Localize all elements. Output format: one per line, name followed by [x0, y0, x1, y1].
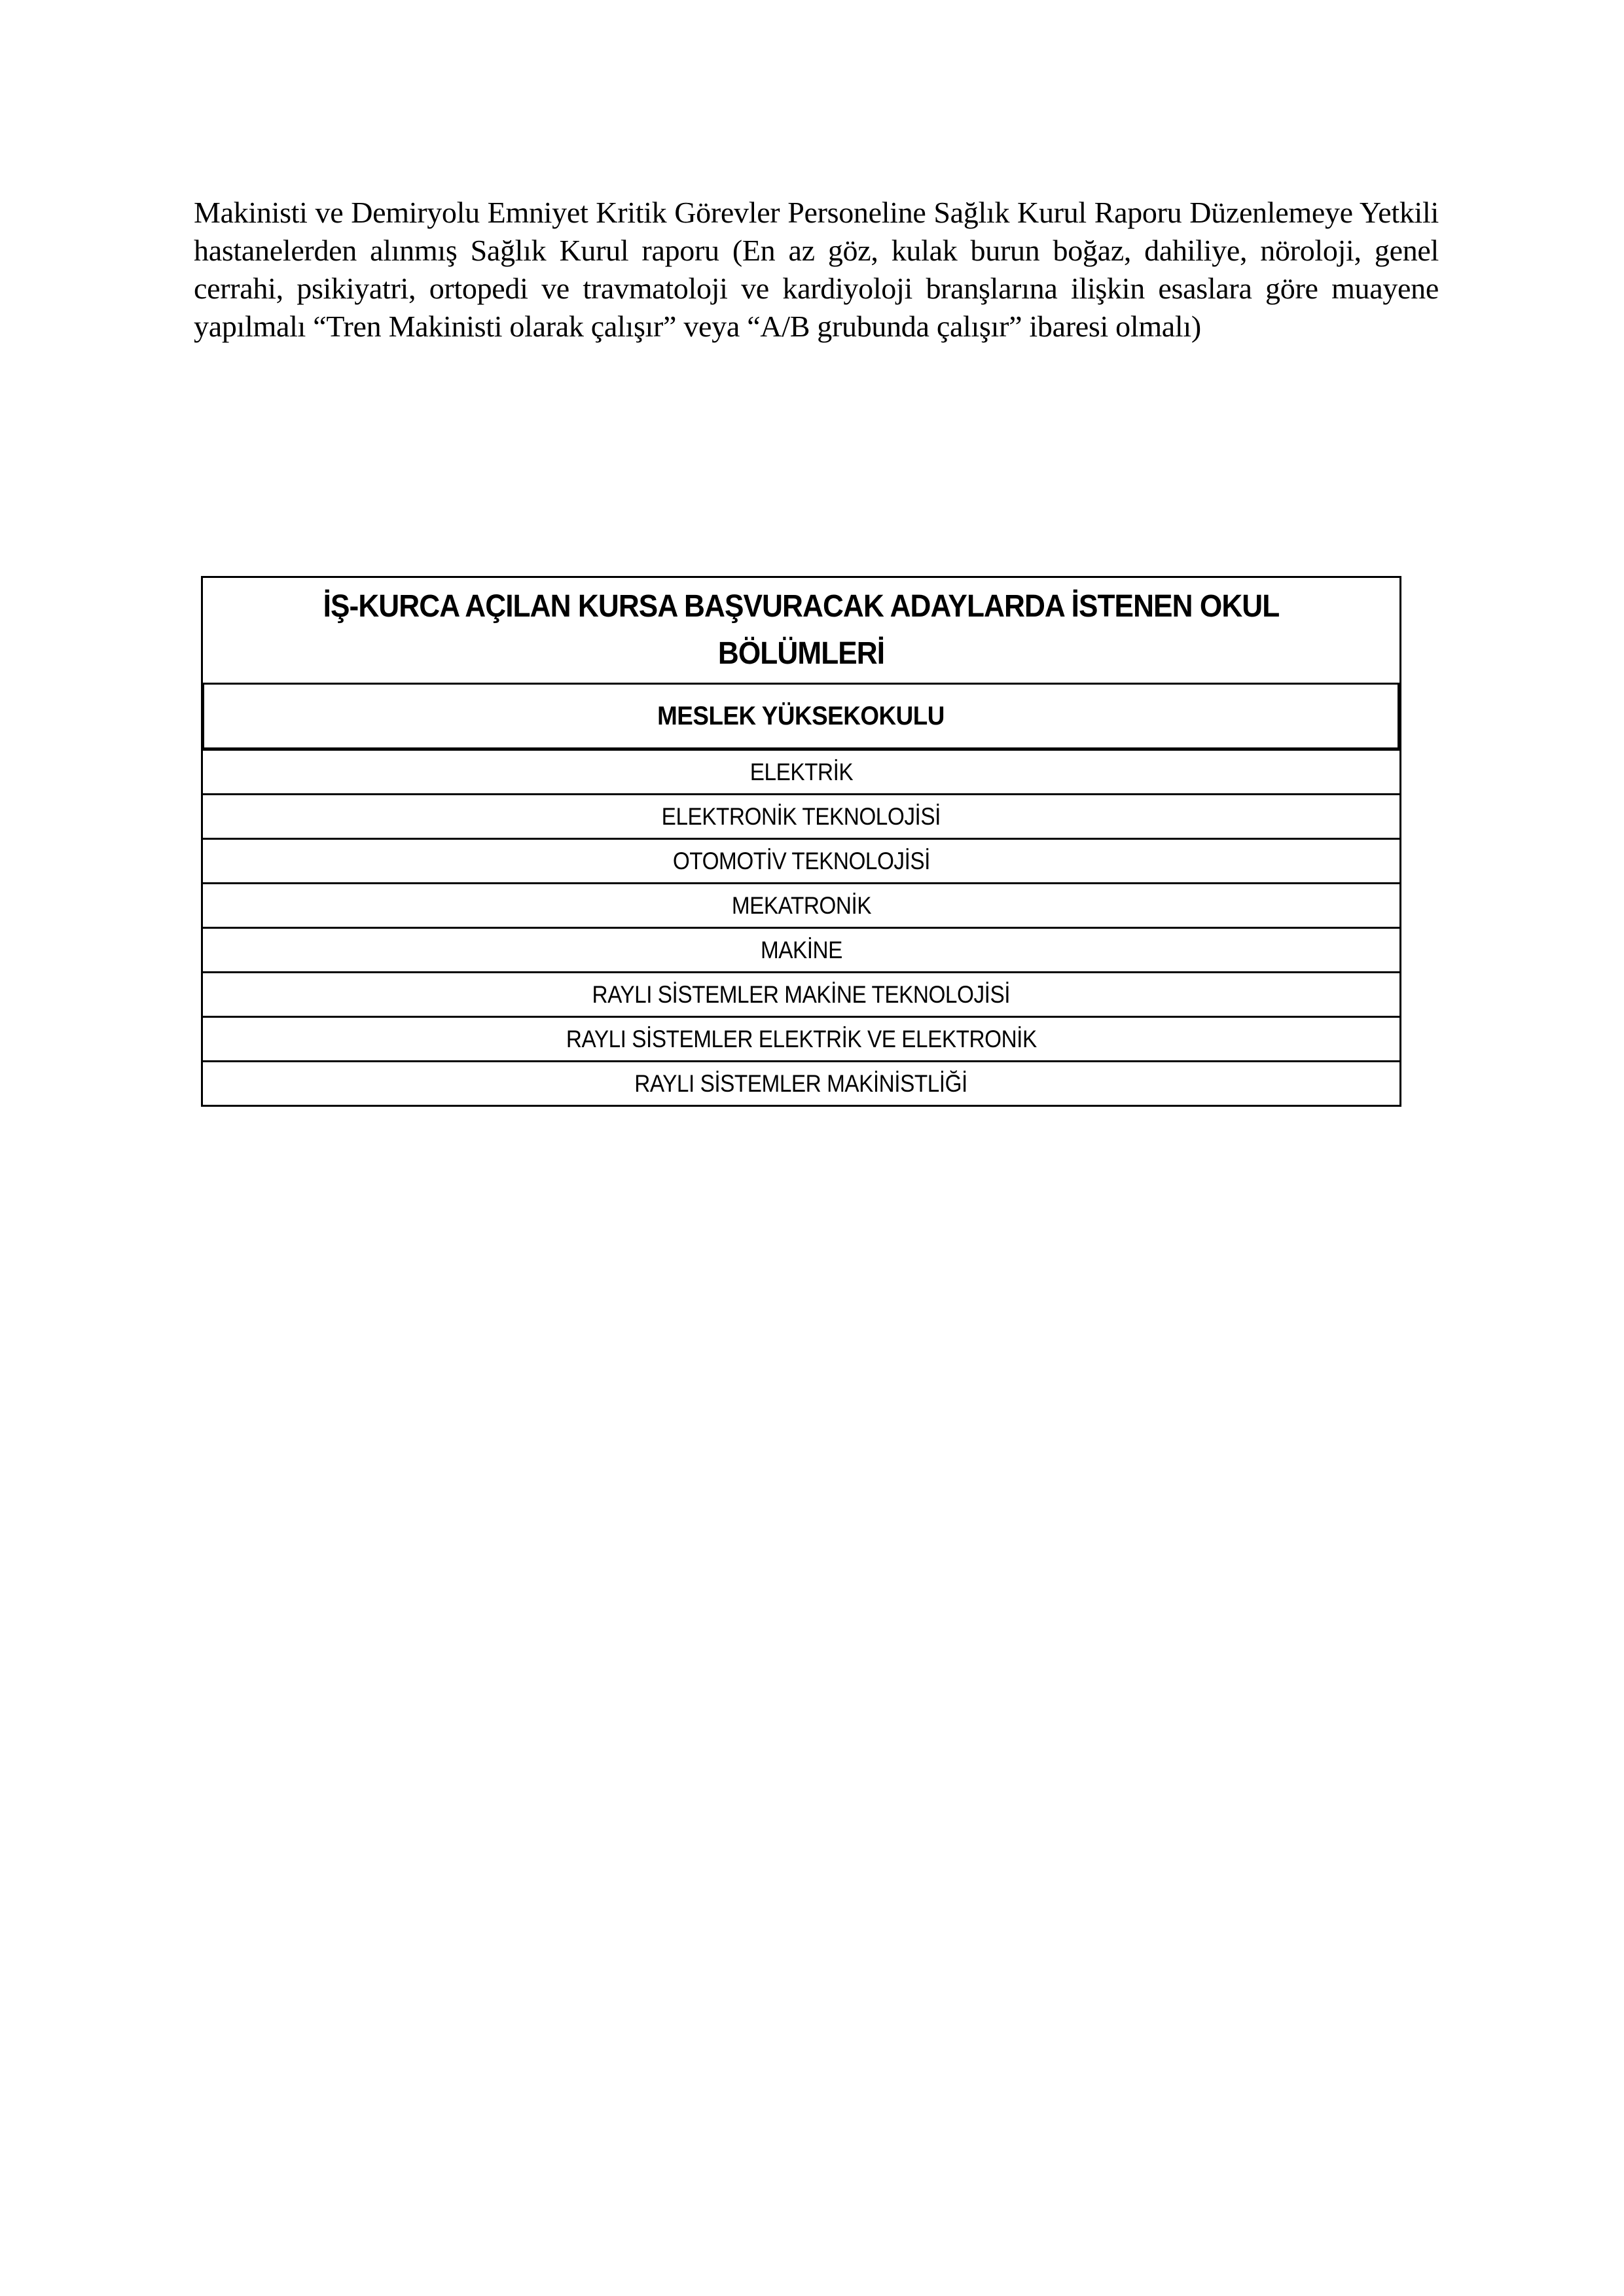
table-row: OTOMOTİV TEKNOLOJİSİ [201, 840, 1401, 884]
table-row: RAYLI SİSTEMLER MAKİNE TEKNOLOJİSİ [201, 973, 1401, 1018]
department-name: RAYLI SİSTEMLER MAKİNE TEKNOLOJİSİ [592, 981, 1011, 1009]
table-title: İŞ-KURCA AÇILAN KURSA BAŞVURACAK ADAYLAR… [201, 576, 1401, 683]
required-school-departments-table: İŞ-KURCA AÇILAN KURSA BAŞVURACAK ADAYLAR… [201, 576, 1401, 1107]
table-title-text: İŞ-KURCA AÇILAN KURSA BAŞVURACAK ADAYLAR… [287, 583, 1315, 677]
table-subheader-text: MESLEK YÜKSEKOKULU [657, 702, 945, 731]
table-row: RAYLI SİSTEMLER ELEKTRİK VE ELEKTRONİK [201, 1018, 1401, 1062]
table-row: MAKİNE [201, 929, 1401, 973]
department-name: ELEKTRİK [749, 759, 852, 786]
department-name: ELEKTRONİK TEKNOLOJİSİ [662, 803, 941, 831]
department-name: OTOMOTİV TEKNOLOJİSİ [672, 848, 929, 875]
table-subheader: MESLEK YÜKSEKOKULU [201, 683, 1401, 751]
department-name: RAYLI SİSTEMLER MAKİNİSTLİĞİ [635, 1070, 968, 1098]
table-row: ELEKTRİK [201, 751, 1401, 795]
table-row: MEKATRONİK [201, 884, 1401, 929]
health-report-requirement-paragraph: Makinisti ve Demiryolu Emniyet Kritik Gö… [194, 194, 1439, 346]
table-row: RAYLI SİSTEMLER MAKİNİSTLİĞİ [201, 1062, 1401, 1107]
department-name: RAYLI SİSTEMLER ELEKTRİK VE ELEKTRONİK [566, 1026, 1037, 1053]
department-name: MAKİNE [761, 937, 842, 964]
table-row: ELEKTRONİK TEKNOLOJİSİ [201, 795, 1401, 840]
department-name: MEKATRONİK [731, 892, 871, 920]
